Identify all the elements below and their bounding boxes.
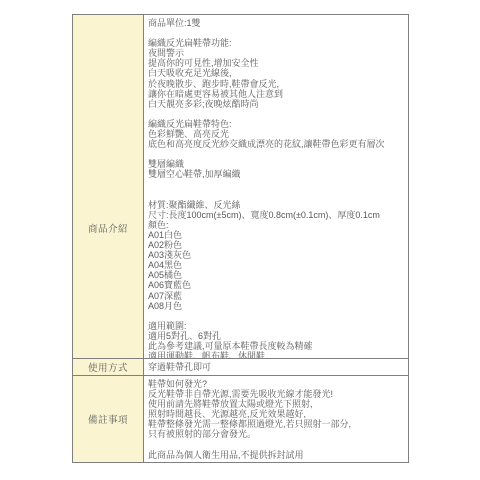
content-line: 讓你在暗處更容易被其他人注意到 — [148, 89, 404, 99]
product-spec-table: 商品介紹 商品單位:1雙編織反光扁鞋帶功能:夜間警示提高你的可見性,增加安全性白… — [72, 14, 409, 463]
content-line: 商品單位:1雙 — [148, 18, 404, 28]
content-line: A05橘色 — [148, 270, 404, 280]
content-line: A04黑色 — [148, 260, 404, 270]
section-label-text: 備註事項 — [88, 412, 128, 426]
section-label-usage: 使用方式 — [73, 359, 144, 376]
content-line — [148, 109, 404, 119]
content-line: 提高你的可見性,增加安全性 — [148, 58, 404, 68]
content-line: 適用範圍: — [148, 321, 404, 331]
content-line — [148, 28, 404, 38]
content-line: 穿過鞋帶孔即可 — [148, 362, 211, 372]
content-line: 底色和高亮度反光紗交織成漂亮的花紋,讓鞋帶色彩更有層次 — [148, 139, 404, 149]
section-label-text: 商品介紹 — [88, 221, 128, 235]
content-line — [148, 149, 404, 159]
content-line: 雙層空心鞋帶,加厚編織 — [148, 169, 404, 179]
content-line: A03淺灰色 — [148, 250, 404, 260]
content-line: 雙層編織 — [148, 159, 404, 169]
content-line: 顏色: — [148, 220, 404, 230]
content-line: 夜間警示 — [148, 48, 404, 58]
content-line: 此為參考建議,可量原本鞋帶長度較為精確 — [148, 341, 404, 351]
content-line: 色彩鮮艷、高亮反光 — [148, 129, 404, 139]
content-line: 只有被照射的部分會發光。 — [148, 429, 404, 439]
content-line: 鞋帶如何發光? — [148, 379, 404, 389]
section-content-usage: 穿過鞋帶孔即可 — [144, 359, 408, 376]
content-line: 照射時間越長、光源越亮,反光效果越好, — [148, 409, 404, 419]
content-line: 白天吸收充足光線後, — [148, 68, 404, 78]
content-line: A06寶藍色 — [148, 280, 404, 290]
section-label-notes: 備註事項 — [73, 376, 144, 462]
content-line: 此商品為個人衛生用品,不提供拆封試用 — [148, 450, 404, 460]
content-line: 編織反光扁鞋帶功能: — [148, 38, 404, 48]
section-label-product-intro: 商品介紹 — [73, 15, 144, 359]
content-line: 於夜晚散步、跑步時,鞋帶會反光, — [148, 79, 404, 89]
content-line: A07深藍 — [148, 291, 404, 301]
content-line: 適用運動鞋、帆布鞋、休閒鞋 — [148, 351, 404, 359]
content-line: A01白色 — [148, 230, 404, 240]
content-line: 編織反光扁鞋帶特色: — [148, 119, 404, 129]
content-line: A08月色 — [148, 301, 404, 311]
content-line — [148, 311, 404, 321]
content-line: 適用5對孔、6對孔 — [148, 331, 404, 341]
section-content-product-intro: 商品單位:1雙編織反光扁鞋帶功能:夜間警示提高你的可見性,增加安全性白天吸收充足… — [144, 15, 408, 359]
content-line: 尺寸:長度100cm(±5cm)、寬度0.8cm(±0.1cm)、厚度0.1cm — [148, 210, 404, 220]
content-line: 鞋帶整條發光需一整條都照過燈光,若只照射一部分, — [148, 419, 404, 429]
content-line: 使用前請先將鞋帶放置太陽或燈光下照射, — [148, 399, 404, 409]
content-line: 反光鞋帶非自帶光源,需要先吸收光線才能發光! — [148, 389, 404, 399]
section-label-text: 使用方式 — [88, 360, 128, 374]
content-line: 材質:聚酯纖維、反光絲 — [148, 200, 404, 210]
section-content-notes: 鞋帶如何發光?反光鞋帶非自帶光源,需要先吸收光線才能發光!使用前請先將鞋帶放置太… — [144, 376, 408, 462]
content-line — [148, 440, 404, 450]
content-line: 白天靚亮多彩;夜晚炫酷時尚 — [148, 99, 404, 109]
content-line: A02粉色 — [148, 240, 404, 250]
content-line — [148, 180, 404, 190]
content-line — [148, 190, 404, 200]
